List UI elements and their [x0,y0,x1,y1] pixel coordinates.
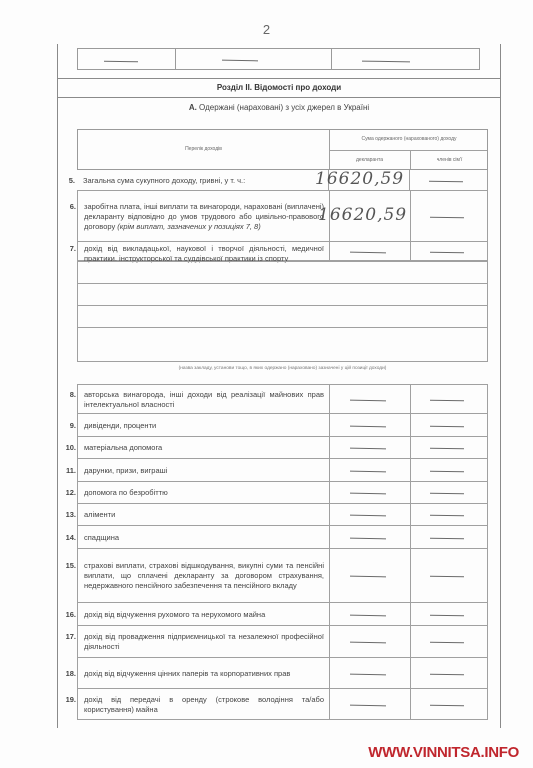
row-number: 8. [62,390,76,399]
declarant-dash [350,674,386,676]
declarant-dash [350,252,386,254]
row-label: дохід від відчуження рухомого та нерухом… [84,610,324,620]
declarant-header: декларанта [329,157,410,163]
row-number: 10. [62,443,76,452]
row-label: матеріальна допомога [84,443,324,453]
blank-line [77,305,488,306]
declarant-dash [350,426,386,428]
blank-line [77,261,488,262]
previous-section-row [77,48,480,70]
row-label: аліменти [84,510,324,520]
blank-line [77,361,488,362]
family-header: членів сім'ї [410,157,489,163]
declarant-dash [350,705,386,707]
family-dash [430,538,464,540]
row-label: заробітна плата, інші виплати та винагор… [84,202,324,232]
table-row: 16.дохід від відчуження рухомого та неру… [77,603,488,626]
row-number: 7. [62,244,76,253]
top-cell-3 [332,49,479,69]
row-number: 19. [62,695,76,704]
row-number: 13. [62,510,76,519]
declarant-dash [350,448,386,450]
row-number: 11. [62,466,76,475]
declarant-dash [350,493,386,495]
row-label: дохід від відчуження цінних паперів та к… [84,669,324,679]
outer-border-right [500,44,501,728]
family-dash [430,515,464,517]
row-number: 15. [62,561,76,570]
row-number: 18. [62,669,76,678]
sum-header: Сума одержаного (нарахованого) доходу [329,136,489,142]
section-title: Розділ II. Відомості про доходи [57,78,501,98]
family-dash [430,426,464,428]
row-number: 12. [62,488,76,497]
family-dash [429,181,463,183]
table-row: 6.заробітна плата, інші виплати та винаг… [77,191,488,242]
family-dash [430,493,464,495]
row-number: 9. [62,421,76,430]
declarant-value: 16620,59 [318,205,407,225]
institution-footnote: (назва закладу, установи тощо, в яких од… [77,366,488,371]
row-label: допомога по безробіттю [84,488,324,498]
table-row: 17.дохід від провадження підприємницької… [77,626,488,658]
declarant-value: 16620,59 [315,169,404,189]
row-label: дивіденди, проценти [84,421,324,431]
family-dash [430,642,464,644]
blank-line [77,283,488,284]
row-label: дарунки, призи, виграші [84,466,324,476]
table-row: 19.дохід від передачі в оренду (строкове… [77,689,488,720]
page-number: 2 [0,22,533,37]
family-dash [430,705,464,707]
table-row: 7.дохід від викладацької, наукової і тво… [77,242,488,261]
list-header: Перелік доходів [78,146,329,152]
watermark: WWW.VINNITSA.INFO [368,744,519,761]
top-cell-1 [78,49,176,69]
blank-line [77,327,488,328]
table-row: 18.дохід від відчуження цінних паперів т… [77,658,488,689]
table-header: Перелік доходів Сума одержаного (нарахов… [77,129,488,170]
family-dash [430,471,464,473]
declarant-dash [350,471,386,473]
table-row: 13.аліменти [77,504,488,526]
family-dash [430,400,464,402]
row-number: 17. [62,632,76,641]
row-label: Загальна сума сукупного доходу, гривні, … [83,176,323,186]
family-dash [430,576,464,578]
declarant-dash [350,538,386,540]
row-note: (крім виплат, зазначених у позиціях 7, 8… [117,222,260,231]
table-row: 11.дарунки, призи, виграші [77,459,488,482]
row-label: спадщина [84,533,324,543]
family-dash [430,217,464,219]
row-number: 14. [62,533,76,542]
declarant-dash [350,615,386,617]
table-row: 14.спадщина [77,526,488,549]
family-dash [430,615,464,617]
table-row: 12.допомога по безробіттю [77,482,488,504]
row-number: 5. [61,176,75,185]
declarant-dash [350,515,386,517]
row-label: дохід від передачі в оренду (строкове во… [84,695,324,715]
family-dash [430,674,464,676]
declarant-dash [350,642,386,644]
subsection-text: Одержані (нараховані) з усіх джерел в Ук… [199,103,369,112]
top-cell-2 [176,49,332,69]
declarant-dash [350,400,386,402]
row-label: дохід від провадження підприємницької та… [84,632,324,652]
table-row: 8.авторська винагорода, інші доходи від … [77,384,488,414]
row-number: 16. [62,610,76,619]
table-row: 9.дивіденди, проценти [77,414,488,437]
table-row: 10.матеріальна допомога [77,437,488,459]
row-label: страхові виплати, страхові відшкодування… [84,561,324,591]
family-dash [430,252,464,254]
outer-border-left [57,44,58,728]
subsection-title: А. Одержані (нараховані) з усіх джерел в… [57,103,501,112]
row-label: авторська винагорода, інші доходи від ре… [84,390,324,410]
family-dash [430,448,464,450]
subsection-letter: А. [189,103,197,112]
table-row: 15.страхові виплати, страхові відшкодува… [77,549,488,603]
row-number: 6. [62,202,76,211]
table-row: 5.Загальна сума сукупного доходу, гривні… [77,170,488,191]
declarant-dash [350,576,386,578]
